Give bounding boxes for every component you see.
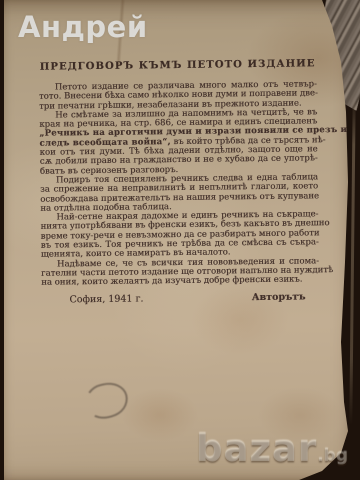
page-text: ПРЕДГОВОРЪ КЪМЪ ПЕТОТО ИЗДАНИЕ Петото из… xyxy=(39,58,320,305)
page-title: ПРЕДГОВОРЪ КЪМЪ ПЕТОТО ИЗДАНИЕ xyxy=(39,58,317,72)
footer-author: Авторътъ xyxy=(252,291,306,303)
page-footer: София, 1941 г. Авторътъ xyxy=(41,291,319,305)
page-paragraphs: Петото издание се различава много малко … xyxy=(39,80,319,288)
footer-place-date: София, 1941 г. xyxy=(69,293,143,305)
pencil-mark xyxy=(82,378,131,422)
watermark-tld: .bg xyxy=(317,446,348,466)
seller-name-overlay: Андрей xyxy=(18,10,148,44)
bazar-watermark: bazar.bg xyxy=(196,430,348,475)
text-line: на ония, които желаятъ да изучатъ добре … xyxy=(41,276,319,289)
watermark-brand: bazar xyxy=(196,427,317,470)
page-edge-sliver xyxy=(349,95,355,425)
listing-photo: ПРЕДГОВОРЪ КЪМЪ ПЕТОТО ИЗДАНИЕ Петото из… xyxy=(0,0,360,480)
book-page: ПРЕДГОВОРЪ КЪМЪ ПЕТОТО ИЗДАНИЕ Петото из… xyxy=(0,0,360,480)
